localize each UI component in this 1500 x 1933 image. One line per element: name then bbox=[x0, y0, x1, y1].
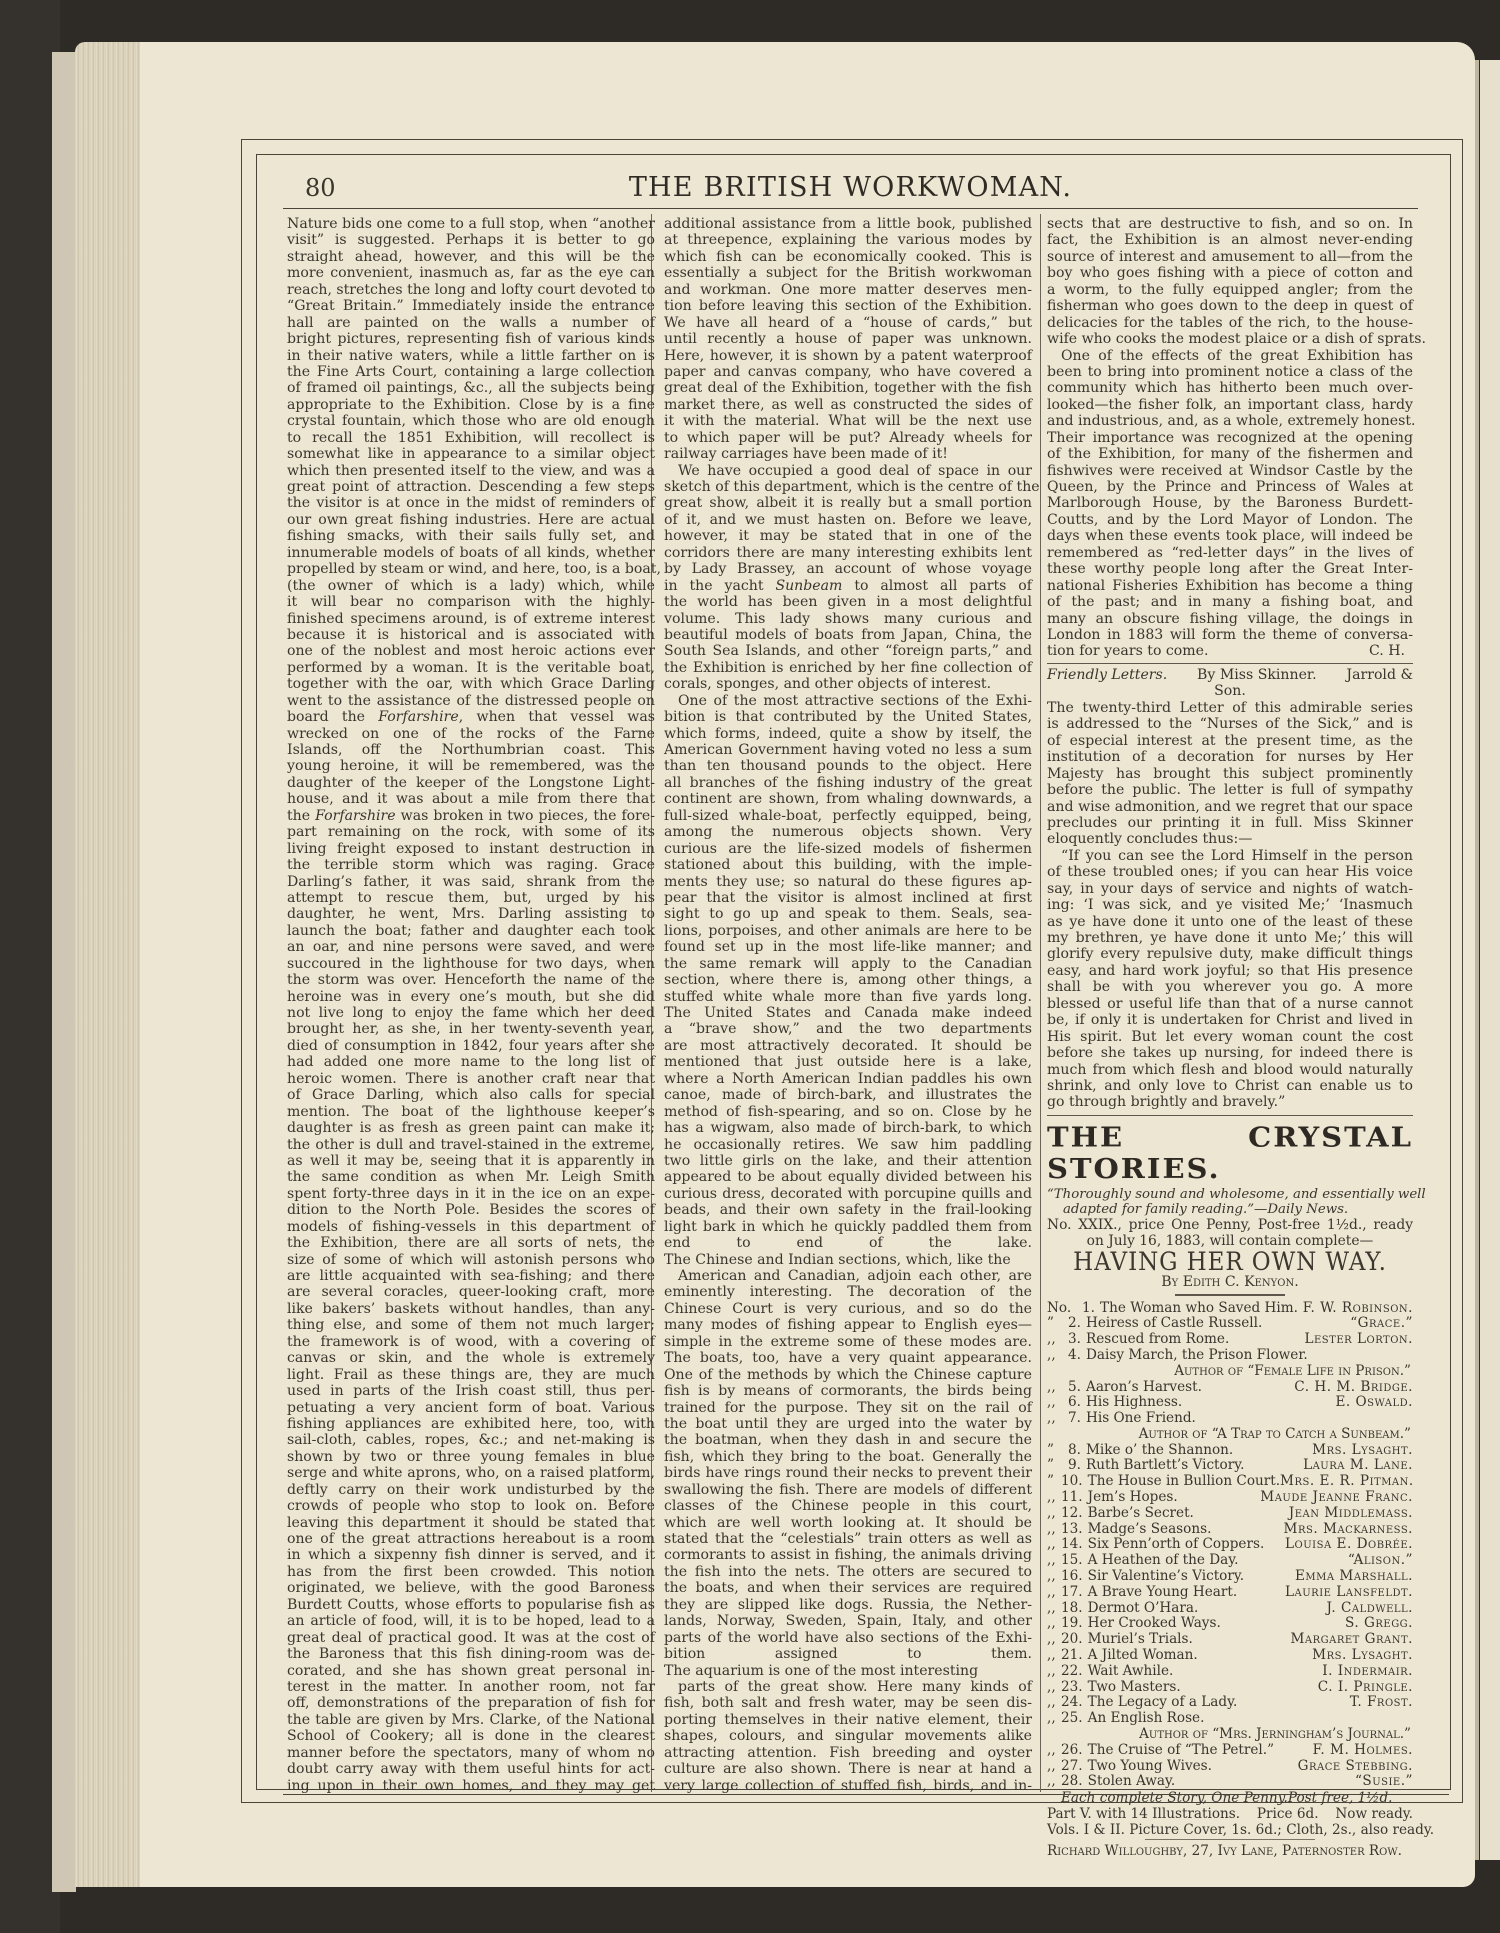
story-prefix: ,, bbox=[1047, 1490, 1061, 1506]
text-line: easy, and hard work joyful; so that His … bbox=[1047, 963, 1413, 979]
story-prefix: ” bbox=[1047, 1443, 1061, 1459]
text-line: the same remark will apply to the Canadi… bbox=[664, 956, 1032, 972]
story-author: S. Gregg. bbox=[1345, 1616, 1413, 1632]
story-list-item: ,,13.Madge’s Seasons.Mrs. Mackarness. bbox=[1047, 1522, 1413, 1538]
review-publisher: Jarrold & bbox=[1346, 667, 1413, 683]
text-line: fishwives were received at Windsor Castl… bbox=[1047, 463, 1413, 479]
text-line: lions, porpoises, and other animals are … bbox=[664, 923, 1032, 939]
text-line: before she takes up nursing, for indeed … bbox=[1047, 1045, 1413, 1061]
text-line: bition is that contributed by the United… bbox=[664, 709, 1032, 725]
text-line: until recently a house of paper was unkn… bbox=[664, 331, 1032, 347]
story-number: 5. bbox=[1061, 1380, 1081, 1396]
text-line: Their importance was recognized at the o… bbox=[1047, 430, 1413, 446]
story-prefix: ” bbox=[1047, 1316, 1061, 1332]
text-line: crystal fountain, which those who are ol… bbox=[287, 413, 655, 429]
story-list-item: ,,4.Daisy March, the Prison Flower. bbox=[1047, 1348, 1413, 1364]
story-prefix: ” bbox=[1047, 1458, 1061, 1474]
story-title-group: ,,6.His Highness. bbox=[1047, 1395, 1182, 1411]
story-list-item: ”2.Heiress of Castle Russell.“Grace.” bbox=[1047, 1316, 1413, 1332]
text-line: sight to go up and speak to them. Seals,… bbox=[664, 906, 1032, 922]
text-line: the Forfarshire was broken in two pieces… bbox=[287, 808, 655, 824]
story-title-group: ,,24.The Legacy of a Lady. bbox=[1047, 1695, 1237, 1711]
story-title-group: ,,16.Sir Valentine’s Victory. bbox=[1047, 1569, 1244, 1585]
text-line: because it is historical and is associat… bbox=[287, 627, 655, 643]
text-line: ments they use; so natural do these figu… bbox=[664, 874, 1032, 890]
story-prefix: ,, bbox=[1047, 1759, 1061, 1775]
story-number: 7. bbox=[1061, 1411, 1081, 1427]
text-line: One of the effects of the great Exhibiti… bbox=[1047, 348, 1413, 364]
story-number: 22. bbox=[1061, 1664, 1083, 1680]
story-list-item: ,,12.Barbe’s Secret.Jean Middlemass. bbox=[1047, 1506, 1413, 1522]
text-line: shrink, and only love to Christ can enab… bbox=[1047, 1078, 1413, 1094]
text-line: many an obscure fishing village, the doi… bbox=[1047, 611, 1413, 627]
text-line: the Fine Arts Court, containing a large … bbox=[287, 364, 655, 380]
story-author: J. Caldwell. bbox=[1327, 1601, 1414, 1617]
advert-publisher: Richard Willoughby, 27, Ivy Lane, Patern… bbox=[1047, 1843, 1413, 1859]
text-line: sects that are destructive to fish, and … bbox=[1047, 216, 1413, 232]
text-line: the same condition as when Mr. Leigh Smi… bbox=[287, 1169, 655, 1185]
text-line: beautiful models of boats from Japan, Ch… bbox=[664, 627, 1032, 643]
story-list-item: ,,23.Two Masters.C. I. Pringle. bbox=[1047, 1680, 1413, 1696]
text-line: Queen, by the Prince and Princess of Wal… bbox=[1047, 479, 1413, 495]
story-list-item: ”10.The House in Bullion Court.Mrs. E. R… bbox=[1047, 1474, 1413, 1490]
text-line: are most attractively decorated. It shou… bbox=[664, 1038, 1032, 1054]
text-line: the boat until they are urged into the w… bbox=[664, 1416, 1032, 1432]
text-line: and workman. One more matter deserves me… bbox=[664, 282, 1032, 298]
story-number: 10. bbox=[1061, 1474, 1083, 1490]
story-author: “Susie.” bbox=[1355, 1774, 1413, 1790]
story-prefix: ” bbox=[1047, 1474, 1061, 1490]
page-header: 80 THE BRITISH WORKWOMAN. bbox=[283, 168, 1418, 212]
story-title: Sir Valentine’s Victory. bbox=[1088, 1569, 1244, 1585]
text-line: great point of attraction. Descending a … bbox=[287, 479, 655, 495]
story-number: 9. bbox=[1061, 1458, 1081, 1474]
text-line: originated, we believe, with the good Ba… bbox=[287, 1580, 655, 1596]
text-line: he occasionally retires. We saw him padd… bbox=[664, 1137, 1032, 1153]
advert-rule bbox=[1145, 1839, 1315, 1840]
text-line: one of the great attractions hereabout i… bbox=[287, 1531, 655, 1547]
story-title: Stolen Away. bbox=[1088, 1774, 1176, 1790]
story-list-item: ,,16.Sir Valentine’s Victory.Emma Marsha… bbox=[1047, 1569, 1413, 1585]
advert-title: THE CRYSTAL STORIES. bbox=[1047, 1122, 1413, 1185]
story-title: Barbe’s Secret. bbox=[1088, 1506, 1194, 1522]
text-line: petuating a very ancient form of boat. V… bbox=[287, 1400, 655, 1416]
story-title-group: ,,7.His One Friend. bbox=[1047, 1411, 1196, 1427]
text-line: used in parts of the Irish coast still, … bbox=[287, 1383, 655, 1399]
story-title: The House in Bullion Court. bbox=[1088, 1474, 1280, 1490]
text-line: innumerable models of boats of all kinds… bbox=[287, 545, 655, 561]
story-list-item: ,,26.The Cruise of “The Petrel.”F. M. Ho… bbox=[1047, 1743, 1413, 1759]
story-author: Margaret Grant. bbox=[1290, 1632, 1413, 1648]
text-line: lands, Norway, Sweden, Spain, Italy, and… bbox=[664, 1613, 1032, 1629]
text-line: visit” is suggested. Perhaps it is bette… bbox=[287, 232, 655, 248]
story-author-of: Author of “A Trap to Catch a Sunbeam.” bbox=[1047, 1427, 1413, 1443]
story-number: 12. bbox=[1061, 1506, 1083, 1522]
text-line: South Sea Islands, and other “foreign pa… bbox=[664, 643, 1032, 659]
book-binding bbox=[0, 0, 60, 1933]
story-title-group: No.1.The Woman who Saved Him. bbox=[1047, 1301, 1298, 1317]
text-line: finished specimens around, is of extreme… bbox=[287, 611, 655, 627]
story-prefix: ,, bbox=[1047, 1332, 1061, 1348]
text-line: section, where there is, among other thi… bbox=[664, 972, 1032, 988]
story-list-item: ,,15.A Heathen of the Day.“Alison.” bbox=[1047, 1553, 1413, 1569]
story-author: Laurie Lansfeldt. bbox=[1285, 1585, 1413, 1601]
story-author: F. M. Holmes. bbox=[1313, 1743, 1413, 1759]
text-line: to recall the 1851 Exhibition, will reco… bbox=[287, 430, 655, 446]
text-line: trained for the purpose. They sit on the… bbox=[664, 1400, 1032, 1416]
text-line: Chinese Court is very curious, and so do… bbox=[664, 1301, 1032, 1317]
text-line: say, in your days of service and nights … bbox=[1047, 881, 1413, 897]
text-line: launch the boat; father and daughter eac… bbox=[287, 923, 655, 939]
text-line: sketch of this department, which is the … bbox=[664, 479, 1032, 495]
story-list-item: ,,11.Jem’s Hopes.Maude Jeanne Franc. bbox=[1047, 1490, 1413, 1506]
story-list-item: ”8.Mike o’ the Shannon.Mrs. Lysaght. bbox=[1047, 1443, 1413, 1459]
publisher-text: Richard Willoughby, 27, Ivy Lane, Patern… bbox=[1047, 1843, 1402, 1859]
story-prefix: ,, bbox=[1047, 1585, 1061, 1601]
text-line: source of interest and amusement to all—… bbox=[1047, 249, 1413, 265]
text-line: Majesty has brought this subject promine… bbox=[1047, 766, 1413, 782]
facing-page bbox=[1480, 60, 1500, 1860]
section-rule bbox=[1047, 663, 1413, 664]
text-line: additional assistance from a little book… bbox=[664, 216, 1032, 232]
story-author: E. Oswald. bbox=[1335, 1395, 1413, 1411]
text-line: bright pictures, representing fish of va… bbox=[287, 331, 655, 347]
story-number: 27. bbox=[1061, 1759, 1083, 1775]
story-author-of: Author of “Female Life in Prison.” bbox=[1047, 1364, 1413, 1380]
text-line: mentioned that just outside here is a la… bbox=[664, 1054, 1032, 1070]
vols-text: Vols. I & II. Picture Cover, 1s. 6d.; Cl… bbox=[1047, 1822, 1434, 1838]
story-list-item: ,,19.Her Crooked Ways.S. Gregg. bbox=[1047, 1616, 1413, 1632]
text-line: manner before the spectators, many of wh… bbox=[287, 1745, 655, 1761]
story-list-item: ,,25.An English Rose. bbox=[1047, 1711, 1413, 1727]
text-line: curious dress, decorated with porcupine … bbox=[664, 1186, 1032, 1202]
story-number: 28. bbox=[1061, 1774, 1083, 1790]
text-line: which fish can be economically cooked. T… bbox=[664, 249, 1032, 265]
text-line: the Exhibition, there are all sorts of n… bbox=[287, 1235, 655, 1251]
story-number: 11. bbox=[1061, 1490, 1083, 1506]
story-title-group: ,,28.Stolen Away. bbox=[1047, 1774, 1175, 1790]
text-line: the table are given by Mrs. Clarke, of t… bbox=[287, 1712, 655, 1728]
text-line: our own great fishing industries. Here a… bbox=[287, 512, 655, 528]
story-title: Dermot O’Hara. bbox=[1088, 1601, 1199, 1617]
story-prefix: ,, bbox=[1047, 1711, 1061, 1727]
story-number: 17. bbox=[1061, 1585, 1083, 1601]
text-line: swallowing the fish. There are models of… bbox=[664, 1482, 1032, 1498]
advert-price-note: Each complete Story, One Penny. Post fre… bbox=[1047, 1790, 1413, 1806]
story-title-group: ,,5.Aaron’s Harvest. bbox=[1047, 1380, 1202, 1396]
text-line: which then presented itself to the view,… bbox=[287, 463, 655, 479]
story-number: 21. bbox=[1061, 1648, 1083, 1664]
text-line: railway carriages have been made of it! bbox=[664, 446, 1032, 462]
text-line: We have all heard of a “house of cards,”… bbox=[664, 315, 1032, 331]
section-rule bbox=[1047, 1115, 1413, 1116]
text-line: The United States and Canada make indeed bbox=[664, 1005, 1032, 1021]
story-title: Two Young Wives. bbox=[1088, 1759, 1212, 1775]
story-title-group: ,,4.Daisy March, the Prison Flower. bbox=[1047, 1348, 1308, 1364]
text-line: boy who goes fishing with a piece of cot… bbox=[1047, 265, 1413, 281]
story-title: Ruth Bartlett’s Victory. bbox=[1086, 1458, 1244, 1474]
story-number: 23. bbox=[1061, 1680, 1083, 1696]
story-list-item: ,,14.Six Penn’orth of Coppers.Louisa E. … bbox=[1047, 1537, 1413, 1553]
advert-part-line: Part V. with 14 Illustrations. Price 6d.… bbox=[1047, 1806, 1413, 1822]
text-line: been to bring into prominent notice a cl… bbox=[1047, 364, 1413, 380]
text-line: ing: ‘I was sick, and ye visited Me;’ ‘I… bbox=[1047, 897, 1413, 913]
story-number: 18. bbox=[1061, 1601, 1083, 1617]
text-line: the Exhibition is enriched by her fine c… bbox=[664, 660, 1032, 676]
story-title: A Brave Young Heart. bbox=[1088, 1585, 1238, 1601]
review-last-line: go through brightly and bravely.” bbox=[1047, 1094, 1413, 1110]
text-line: and wise admonition, and we regret that … bbox=[1047, 799, 1413, 815]
text-line: classes of the Chinese people in this co… bbox=[664, 1498, 1032, 1514]
story-list-item: ,,6.His Highness.E. Oswald. bbox=[1047, 1395, 1413, 1411]
text-line: canoe, made of birch-bark, and illustrat… bbox=[664, 1087, 1032, 1103]
text-line: size of some of which will astonish pers… bbox=[287, 1252, 655, 1268]
text-line: which are well worth looking at. It shou… bbox=[664, 1515, 1032, 1531]
text-line: however, it may be stated that in one of… bbox=[664, 528, 1032, 544]
column-1: Nature bids one come to a full stop, whe… bbox=[287, 216, 655, 1794]
story-title: The Cruise of “The Petrel.” bbox=[1088, 1743, 1274, 1759]
text-line: a “brave show,” and the two departments bbox=[664, 1021, 1032, 1037]
text-line: at threepence, explaining the various mo… bbox=[664, 232, 1032, 248]
story-number: 2. bbox=[1061, 1316, 1081, 1332]
text-line: ing upon in their own homes, and they ma… bbox=[287, 1778, 655, 1794]
text-line: end to end of the lake. bbox=[664, 1235, 1032, 1251]
text-line: hall are painted on the walls a number o… bbox=[287, 315, 655, 331]
text-line: The aquarium is one of the most interest… bbox=[664, 1663, 1032, 1679]
text-line: leaving this department it should be sta… bbox=[287, 1515, 655, 1531]
text-line: be, if only it is undertaken for Christ … bbox=[1047, 1012, 1413, 1028]
page-edges bbox=[75, 42, 145, 1887]
story-number: 20. bbox=[1061, 1632, 1083, 1648]
text-line: more convenient, inasmuch as, far as the… bbox=[287, 265, 655, 281]
story-author: Laura M. Lane. bbox=[1303, 1458, 1413, 1474]
story-title: His Highness. bbox=[1086, 1395, 1182, 1411]
text-line: full-sized whale-boat, perfectly equippe… bbox=[664, 808, 1032, 824]
text-line: thing else, and some of them not much la… bbox=[287, 1317, 655, 1333]
text-line: deftly carry on their work undisturbed b… bbox=[287, 1482, 655, 1498]
text-line: The Chinese and Indian sections, which, … bbox=[664, 1252, 1032, 1268]
book-cover-edge bbox=[52, 52, 76, 1892]
text-line: paper and canvas company, who have cover… bbox=[664, 364, 1032, 380]
text-line: had added one more name to the long list… bbox=[287, 1054, 655, 1070]
text-line: continent are shown, from whaling downwa… bbox=[664, 791, 1032, 807]
text-line: Nature bids one come to a full stop, whe… bbox=[287, 216, 655, 232]
text-line: parts of the great show. Here many kinds… bbox=[664, 1679, 1032, 1695]
story-title: Mike o’ the Shannon. bbox=[1086, 1443, 1233, 1459]
text-line: Coutts, and by the Lord Mayor of London.… bbox=[1047, 512, 1413, 528]
part-mid: Price 6d. bbox=[1257, 1806, 1319, 1822]
text-line: curious are the life-sized models of fis… bbox=[664, 841, 1032, 857]
text-line: somewhat like in appearance to a similar… bbox=[287, 446, 655, 462]
story-author: Emma Marshall. bbox=[1295, 1569, 1413, 1585]
text-line: market there, as well as constructed the… bbox=[664, 397, 1032, 413]
story-title: An English Rose. bbox=[1088, 1711, 1205, 1727]
story-title-group: ”2.Heiress of Castle Russell. bbox=[1047, 1316, 1262, 1332]
text-line: delicacies for the tables of the rich, t… bbox=[1047, 315, 1413, 331]
story-title-group: ,,14.Six Penn’orth of Coppers. bbox=[1047, 1537, 1264, 1553]
text-line: Marlborough House, by the Baroness Burde… bbox=[1047, 495, 1413, 511]
text-line: One of the methods by which the Chinese … bbox=[664, 1367, 1032, 1383]
advert-feature-title: HAVING HER OWN WAY. bbox=[1062, 1250, 1399, 1274]
text-line: tion before leaving this section of the … bbox=[664, 298, 1032, 314]
text-line: simple in the extreme some of these mode… bbox=[664, 1334, 1032, 1350]
text-line: the Baroness that this fish dining-room … bbox=[287, 1646, 655, 1662]
story-number: 19. bbox=[1061, 1616, 1083, 1632]
story-title-group: ,,19.Her Crooked Ways. bbox=[1047, 1616, 1221, 1632]
text-line: stuffed white whale more than five yards… bbox=[664, 989, 1032, 1005]
review-author: By Miss Skinner. bbox=[1197, 667, 1317, 683]
text-line: light. Frail as these things are, they a… bbox=[287, 1367, 655, 1383]
review-book-title: Friendly Letters. bbox=[1047, 667, 1167, 683]
text-line: great deal of the Exhibition, together w… bbox=[664, 380, 1032, 396]
text-line: sail-cloth, cables, ropes, &c.; and net-… bbox=[287, 1432, 655, 1448]
text-line: models of fishing-vessels in this depart… bbox=[287, 1219, 655, 1235]
story-author: “Alison.” bbox=[1348, 1553, 1413, 1569]
text-line: The boats, too, have a very quaint appea… bbox=[664, 1350, 1032, 1366]
story-list-item: ,,7.His One Friend. bbox=[1047, 1411, 1413, 1427]
text-line: shapes, colours, and singular movements … bbox=[664, 1728, 1032, 1744]
text-line: Here, however, it is shown by a patent w… bbox=[664, 348, 1032, 364]
bottom-rule bbox=[283, 1794, 1449, 1795]
text-line: are several coracles, queer-looking craf… bbox=[287, 1284, 655, 1300]
price-note-left: Each complete Story, One Penny. bbox=[1061, 1790, 1288, 1806]
text-line: one of the noblest and most heroic actio… bbox=[287, 643, 655, 659]
crystal-stories-advert: THE CRYSTAL STORIES. “Thoroughly sound a… bbox=[1047, 1119, 1413, 1859]
story-author: Louisa E. Dobrée. bbox=[1285, 1537, 1413, 1553]
text-line: American Government having voted no less… bbox=[664, 742, 1032, 758]
story-title: Her Crooked Ways. bbox=[1088, 1616, 1221, 1632]
story-title-group: ,,15.A Heathen of the Day. bbox=[1047, 1553, 1238, 1569]
text-line: Islands, off the Northumbrian coast. Thi… bbox=[287, 742, 655, 758]
text-line: are little acquainted with sea-fishing; … bbox=[287, 1268, 655, 1284]
text-line: many modes of fishing appear to English … bbox=[664, 1317, 1032, 1333]
article-signature: C. H. bbox=[1369, 643, 1413, 659]
text-line: these worthy people long after the Great… bbox=[1047, 561, 1413, 577]
text-line: the framework is of wood, with a coverin… bbox=[287, 1334, 655, 1350]
story-title-group: ”10.The House in Bullion Court. bbox=[1047, 1474, 1280, 1490]
story-prefix: ,, bbox=[1047, 1380, 1061, 1396]
story-author: Lester Lorton. bbox=[1304, 1332, 1413, 1348]
advert-vols-line: Vols. I & II. Picture Cover, 1s. 6d.; Cl… bbox=[1047, 1822, 1413, 1838]
text-line: young heroine, it will be remembered, wa… bbox=[287, 758, 655, 774]
text-line: board the Forfarshire, when that vessel … bbox=[287, 709, 655, 725]
text-line: eloquently concludes thus:— bbox=[1047, 831, 1413, 847]
text-line: stated that the “celestials” train otter… bbox=[664, 1531, 1032, 1547]
text-line: the terrible storm which was raging. Gra… bbox=[287, 857, 655, 873]
text-line: of these troubled ones; if you can hear … bbox=[1047, 864, 1413, 880]
story-author: Maude Jeanne Franc. bbox=[1260, 1490, 1413, 1506]
story-prefix: ,, bbox=[1047, 1648, 1061, 1664]
text-line: straight ahead, however, and this will b… bbox=[287, 249, 655, 265]
text-line: the world has been given in a most delig… bbox=[664, 594, 1032, 610]
text-line: corated, and she has shown great persona… bbox=[287, 1663, 655, 1679]
text-line: it with the material. What will be the n… bbox=[664, 413, 1032, 429]
text-line: house, and it was about a mile from ther… bbox=[287, 791, 655, 807]
story-author-of: Author of “Mrs. Jerningham’s Journal.” bbox=[1047, 1727, 1413, 1743]
text-line: fishing appliances are exhibited here, t… bbox=[287, 1416, 655, 1432]
text-line: beads, and their own safety in the frail… bbox=[664, 1202, 1032, 1218]
text-line: Darling’s father, it was said, shrank fr… bbox=[287, 874, 655, 890]
text-line: light bark in which he quickly paddled t… bbox=[664, 1219, 1032, 1235]
text-line: very large collection of stuffed fish, b… bbox=[664, 1778, 1032, 1794]
story-list-item: ”9.Ruth Bartlett’s Victory.Laura M. Lane… bbox=[1047, 1458, 1413, 1474]
text-line: an article of food, will, it is to be ho… bbox=[287, 1613, 655, 1629]
story-author: Jean Middlemass. bbox=[1289, 1506, 1413, 1522]
story-prefix: ,, bbox=[1047, 1506, 1061, 1522]
text-line: fish, which they bring to the boat. Gene… bbox=[664, 1449, 1032, 1465]
story-number: 8. bbox=[1061, 1443, 1081, 1459]
text-line: a worm, to the fully equipped angler; fr… bbox=[1047, 282, 1413, 298]
story-title: Jem’s Hopes. bbox=[1088, 1490, 1178, 1506]
masthead-title: THE BRITISH WORKWOMAN. bbox=[283, 172, 1418, 203]
story-title: Rescued from Rome. bbox=[1086, 1332, 1229, 1348]
story-author: Mrs. Lysaght. bbox=[1312, 1648, 1413, 1664]
text-line: the visitor is at once in the midst of r… bbox=[287, 495, 655, 511]
text-line: the boats, and when their services are r… bbox=[664, 1580, 1032, 1596]
story-prefix: ,, bbox=[1047, 1774, 1061, 1790]
text-line: in the yacht Sunbeam to almost all parts… bbox=[664, 578, 1032, 594]
text-line: stationed about this building, with the … bbox=[664, 857, 1032, 873]
text-line: died of consumption in 1842, four years … bbox=[287, 1038, 655, 1054]
story-list-item: ,,21.A Jilted Woman.Mrs. Lysaght. bbox=[1047, 1648, 1413, 1664]
story-list-item: ,,17.A Brave Young Heart.Laurie Lansfeld… bbox=[1047, 1585, 1413, 1601]
text-line: shown by two or three young females in b… bbox=[287, 1449, 655, 1465]
story-author: Grace Stebbing. bbox=[1298, 1759, 1413, 1775]
text-line: doubt carry away with them useful hints … bbox=[287, 1761, 655, 1777]
text-line: not live long to enjoy the fame which he… bbox=[287, 1005, 655, 1021]
story-title: A Jilted Woman. bbox=[1088, 1648, 1198, 1664]
text-line: succoured in the lighthouse for two days… bbox=[287, 956, 655, 972]
text-line: my brethren, ye have done it unto Me;’ t… bbox=[1047, 930, 1413, 946]
text-line: has a wigwam, also made of birch-bark, t… bbox=[664, 1120, 1032, 1136]
advert-quote-1: “Thoroughly sound and wholesome, and ess… bbox=[1047, 1187, 1413, 1202]
text-line: has from the first been crowded. This no… bbox=[287, 1564, 655, 1580]
story-number: 16. bbox=[1061, 1569, 1083, 1585]
story-author: C. H. M. Bridge. bbox=[1294, 1380, 1413, 1396]
text-line: they are slipped like dogs. Russia, the … bbox=[664, 1597, 1032, 1613]
story-prefix: ,, bbox=[1047, 1616, 1061, 1632]
text-line: by Lady Brassey, an account of whose voy… bbox=[664, 561, 1032, 577]
text-line: as well it may be, seeing that it is app… bbox=[287, 1153, 655, 1169]
text-line: much from which flesh and blood would na… bbox=[1047, 1062, 1413, 1078]
text-line: days when these events took place, will … bbox=[1047, 528, 1413, 544]
text-line: We have occupied a good deal of space in… bbox=[664, 463, 1032, 479]
story-title-group: ,,22.Wait Awhile. bbox=[1047, 1664, 1173, 1680]
price-note-right: Post free, 1½d. bbox=[1288, 1790, 1393, 1806]
story-number: 25. bbox=[1061, 1711, 1083, 1727]
story-number: 14. bbox=[1061, 1537, 1083, 1553]
story-title-group: ,,21.A Jilted Woman. bbox=[1047, 1648, 1198, 1664]
text-line: appropriate to the Exhibition. Close by … bbox=[287, 397, 655, 413]
text-line: two little girls on the lake, and their … bbox=[664, 1153, 1032, 1169]
text-line: birds have rings round their necks to pr… bbox=[664, 1465, 1032, 1481]
review-publisher-cont: Son. bbox=[1047, 683, 1413, 699]
review-body: The twenty-third Letter of this admirabl… bbox=[1047, 700, 1413, 1095]
story-number: 1. bbox=[1075, 1301, 1095, 1317]
text-line: cormorants to assist in fishing, the ani… bbox=[664, 1547, 1032, 1563]
story-list-item: ,,18.Dermot O’Hara.J. Caldwell. bbox=[1047, 1601, 1413, 1617]
text-line: the fish into the nets. The otters are s… bbox=[664, 1564, 1032, 1580]
text-line: it will bear no comparison with the high… bbox=[287, 594, 655, 610]
text-line: institution of a decoration for nurses b… bbox=[1047, 749, 1413, 765]
story-title-group: ,,12.Barbe’s Secret. bbox=[1047, 1506, 1194, 1522]
story-title-group: ,,25.An English Rose. bbox=[1047, 1711, 1204, 1727]
story-title: Six Penn’orth of Coppers. bbox=[1088, 1537, 1265, 1553]
text-line: to which paper will be put? Already whee… bbox=[664, 430, 1032, 446]
text-line: community which has hitherto been much o… bbox=[1047, 380, 1413, 396]
story-list-item: ,,27.Two Young Wives.Grace Stebbing. bbox=[1047, 1759, 1413, 1775]
text-line: precludes our printing it in full. Miss … bbox=[1047, 815, 1413, 831]
